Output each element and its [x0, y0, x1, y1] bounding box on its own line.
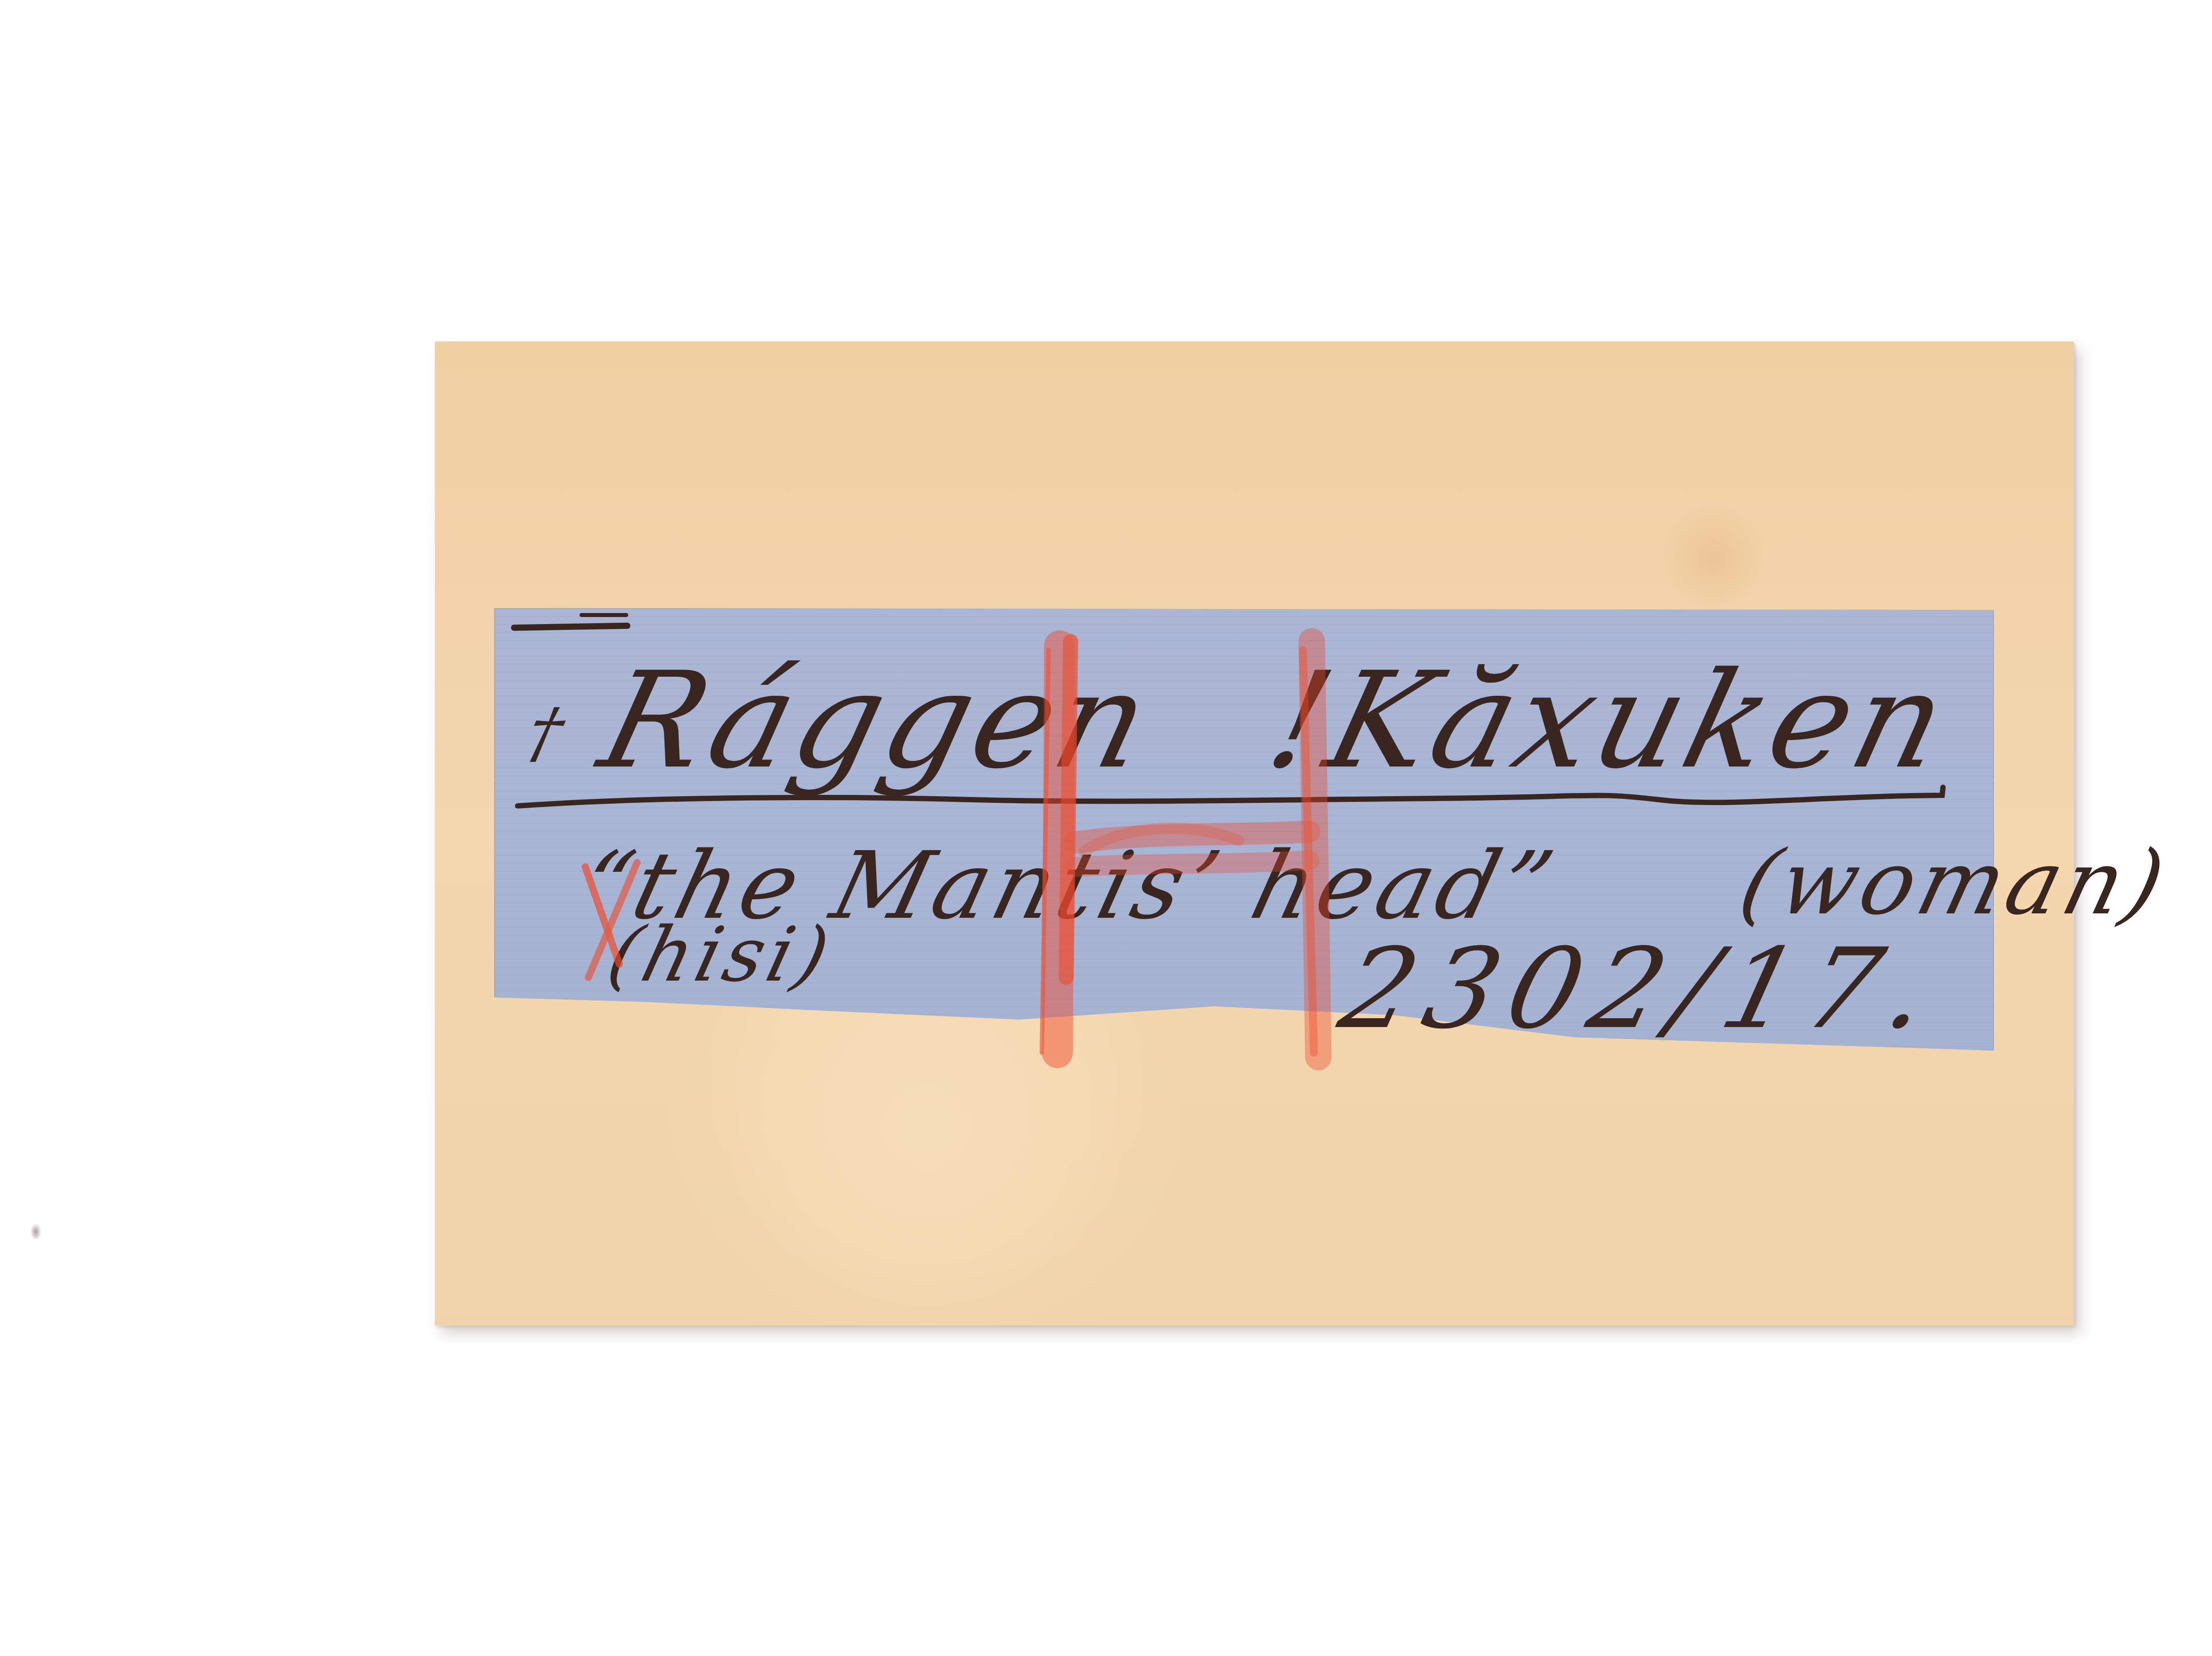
- dust-speck: [31, 1224, 41, 1239]
- handwritten-note-woman: (woman): [1730, 832, 2178, 935]
- handwritten-word-raggen: Rággen: [587, 644, 1167, 798]
- handwritten-word-kaxuken: !Kăxuken: [1255, 644, 1965, 798]
- catalogue-number: 2302/17.: [1329, 924, 1955, 1053]
- ink-dash-small: [580, 613, 628, 617]
- handwritten-note-hisi: (hisi): [599, 911, 841, 999]
- photo-background: † Rággen !Kăxuken “the Mantis’ head” (wo…: [0, 0, 2212, 1656]
